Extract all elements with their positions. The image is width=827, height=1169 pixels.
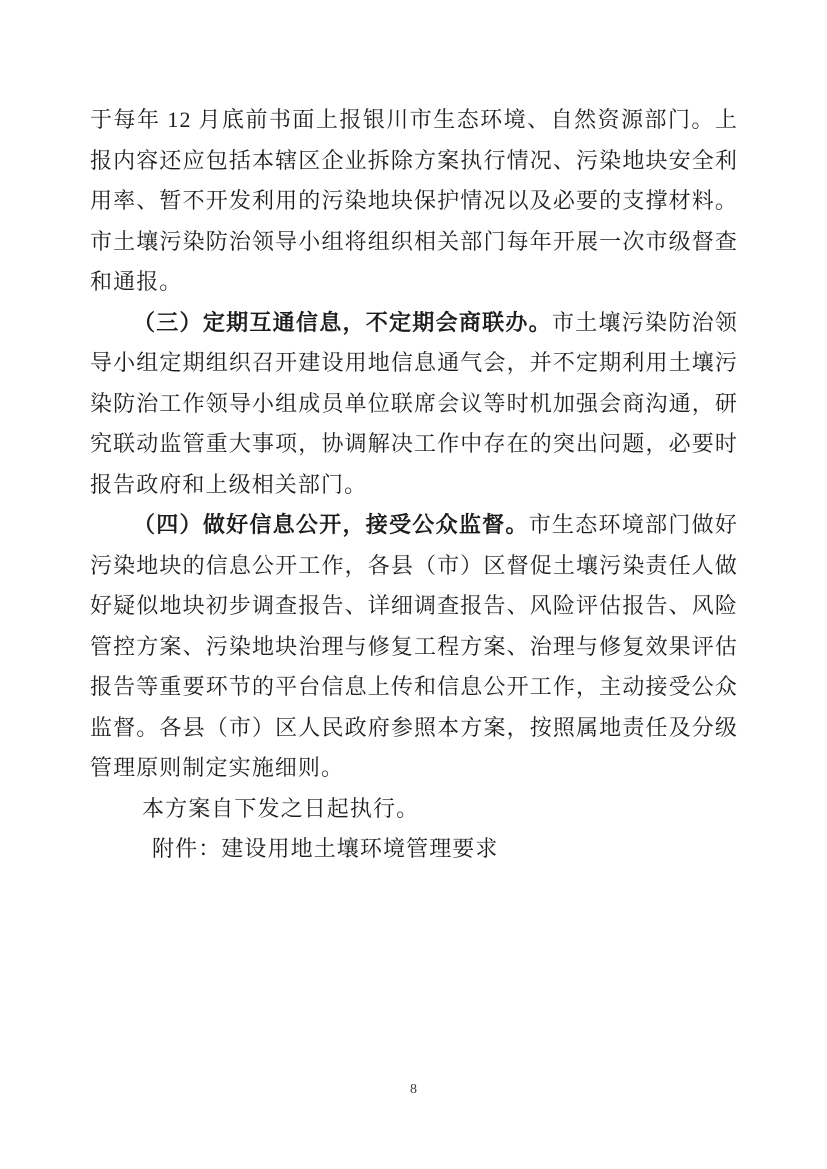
attachment-note: 附件：建设用地土壤环境管理要求 xyxy=(90,829,738,870)
paragraph-3-line: 好疑似地块初步调查报告、详细调查报告、风险评估报告、风险 xyxy=(90,586,738,627)
paragraph-2-line: 报告政府和上级相关部门。 xyxy=(90,465,738,506)
paragraph-2-heading: （三）定期互通信息，不定期会商联办。 xyxy=(133,310,552,335)
document-body: 于每年 12 月底前书面上报银川市生态环境、自然资源部门。上 报内容还应包括本辖… xyxy=(90,100,738,870)
paragraph-1-line: 用率、暂不开发利用的污染地块保护情况以及必要的支撑材料。 xyxy=(90,181,738,222)
paragraph-2-first-line: （三）定期互通信息，不定期会商联办。市土壤污染防治领 xyxy=(90,303,738,344)
paragraph-3-line: 污染地块的信息公开工作，各县（市）区督促土壤污染责任人做 xyxy=(90,546,738,587)
paragraph-2-line: 究联动监管重大事项，协调解决工作中存在的突出问题，必要时 xyxy=(90,424,738,465)
paragraph-4-line: 本方案自下发之日起执行。 xyxy=(90,789,738,830)
page-footer: 8 xyxy=(0,1080,827,1098)
paragraph-3-line: 报告等重要环节的平台信息上传和信息公开工作，主动接受公众 xyxy=(90,667,738,708)
paragraph-1-line: 于每年 12 月底前书面上报银川市生态环境、自然资源部门。上 xyxy=(90,100,738,141)
paragraph-1-line: 和通报。 xyxy=(90,262,738,303)
paragraph-1-line: 报内容还应包括本辖区企业拆除方案执行情况、污染地块安全利 xyxy=(90,141,738,182)
paragraph-3-line: 管控方案、污染地块治理与修复工程方案、治理与修复效果评估 xyxy=(90,627,738,668)
paragraph-2-line: 导小组定期组织召开建设用地信息通气会，并不定期利用土壤污 xyxy=(90,343,738,384)
paragraph-3-line: 监督。各县（市）区人民政府参照本方案，按照属地责任及分级 xyxy=(90,708,738,749)
paragraph-3-heading: （四）做好信息公开，接受公众监督。 xyxy=(133,512,529,537)
paragraph-2-heading-followup: 市土壤污染防治领 xyxy=(552,310,738,335)
paragraph-1-line: 市土壤污染防治领导小组将组织相关部门每年开展一次市级督查 xyxy=(90,222,738,263)
paragraph-3-line: 管理原则制定实施细则。 xyxy=(90,748,738,789)
paragraph-3-first-line: （四）做好信息公开，接受公众监督。市生态环境部门做好 xyxy=(90,505,738,546)
document-page: 于每年 12 月底前书面上报银川市生态环境、自然资源部门。上 报内容还应包括本辖… xyxy=(0,0,827,1169)
page-number: 8 xyxy=(410,1082,417,1097)
paragraph-2-line: 染防治工作领导小组成员单位联席会议等时机加强会商沟通，研 xyxy=(90,384,738,425)
paragraph-3-heading-followup: 市生态环境部门做好 xyxy=(529,512,738,537)
